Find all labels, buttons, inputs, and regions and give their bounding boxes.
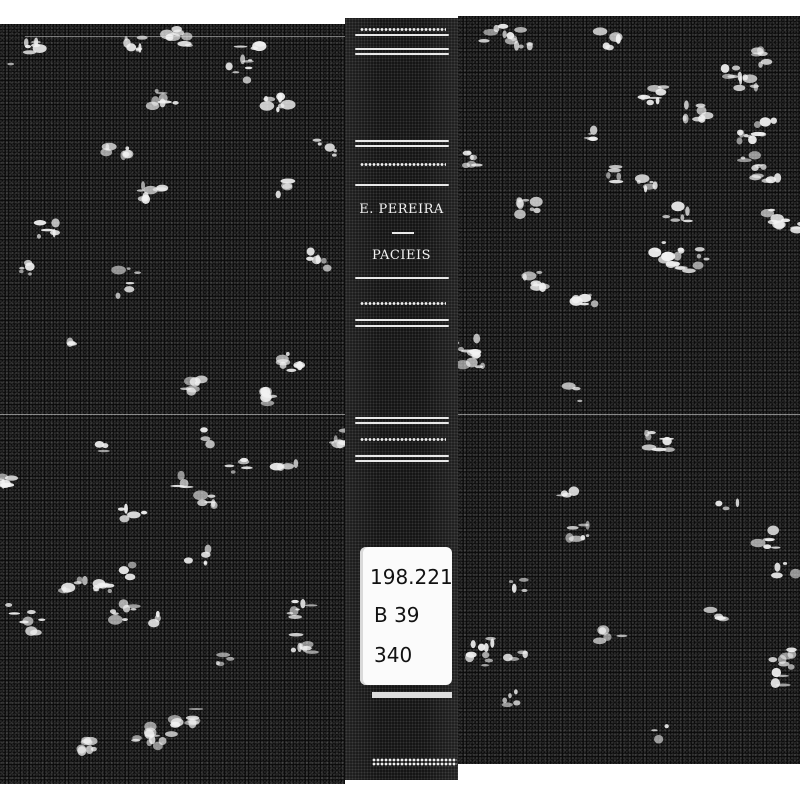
- call-number-line-1: 198.221: [370, 567, 453, 587]
- cover-edge-line: [25, 36, 355, 37]
- spine-gilt-band: [355, 422, 449, 424]
- back-cover-marbled: [458, 16, 800, 764]
- spine-title: PACIEIS: [345, 248, 458, 263]
- spine-gilt-band: [355, 48, 449, 50]
- spine-gilt-band: [355, 184, 449, 186]
- spine-dotted-band: [360, 438, 446, 441]
- spine-divider: [392, 232, 414, 234]
- spine-gilt-band: [355, 145, 449, 147]
- book-scan: E. PEREIRA PACIEIS 198.221 B 39 340: [0, 0, 800, 800]
- spine-gilt-band: [355, 53, 449, 55]
- spine-gilt-band: [355, 319, 449, 321]
- spine-gilt-band: [355, 34, 449, 36]
- spine-gilt-band: [355, 277, 449, 279]
- spine-dotted-band: [360, 163, 446, 166]
- call-number-label: 198.221 B 39 340: [360, 547, 452, 685]
- spine-gilt-band: [355, 417, 449, 419]
- spine-author: E. PEREIRA: [345, 202, 458, 217]
- spine-gilt-band: [355, 140, 449, 142]
- front-cover-marbled: [0, 24, 345, 784]
- spine-gilt-band: [355, 460, 449, 462]
- spine-dotted-band: [360, 28, 446, 31]
- spine-gilt-band: [355, 455, 449, 457]
- spine-dotted-band: [360, 302, 446, 305]
- spine-gilt-band: [355, 325, 449, 327]
- call-number-line-3: 340: [374, 645, 412, 665]
- spine-gilt-band: [372, 692, 452, 698]
- spine-bottom-edge: [372, 758, 457, 766]
- call-number-line-2: B 39: [374, 605, 420, 625]
